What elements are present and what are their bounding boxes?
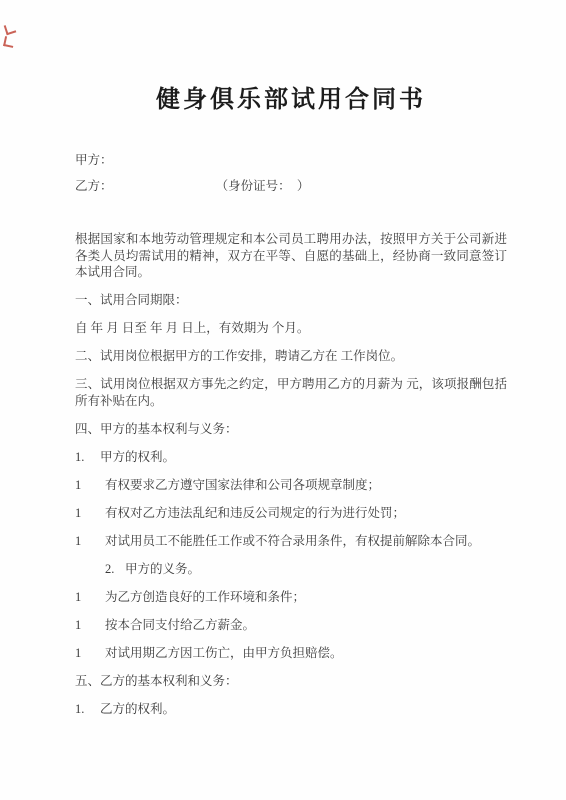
red-scribble-mark-icon (3, 36, 15, 48)
page-title: 健身俱乐部试用合同书 (75, 86, 507, 114)
clause-line: 1.乙方的权利。 (75, 701, 507, 718)
clause-line: 一、试用合同期限： (75, 292, 507, 309)
contract-content: 健身俱乐部试用合同书 甲方： 乙方： （身份证号： ） 根据国家和本地劳动管理规… (75, 86, 507, 729)
party-a-line: 甲方： (75, 152, 507, 169)
clause-number: 1. (75, 701, 100, 718)
contract-document-page: 健身俱乐部试用合同书 甲方： 乙方： （身份证号： ） 根据国家和本地劳动管理规… (0, 0, 566, 800)
clause-line: 1为乙方创造良好的工作环境和条件； (75, 589, 507, 606)
clause-line: 五、乙方的基本权利和义务： (75, 673, 507, 690)
clause-number: 1 (75, 589, 105, 606)
clause-text: 甲方的义务。 (125, 562, 200, 576)
clause-line: 四、甲方的基本权利与义务： (75, 421, 507, 438)
clause-text: 甲方的权利。 (100, 450, 175, 464)
intro-paragraph: 根据国家和本地劳动管理规定和本公司员工聘用办法，按照甲方关于公司新进各类人员均需… (75, 231, 507, 281)
clause-number: 1 (75, 645, 105, 662)
clause-line: 1对试用员工不能胜任工作或不符合录用条件，有权提前解除本合同。 (75, 533, 507, 550)
clause-text: 四、甲方的基本权利与义务： (75, 422, 238, 436)
clause-text: 一、试用合同期限： (75, 293, 188, 307)
clause-number: 1. (75, 449, 100, 466)
red-scribble-marks (4, 23, 16, 49)
red-scribble-mark-icon (4, 23, 17, 36)
clause-line: 2.甲方的义务。 (105, 561, 507, 578)
party-a-label: 甲方： (75, 153, 113, 167)
clause-number: 2. (105, 561, 125, 578)
party-b-line: 乙方： （身份证号： ） (75, 178, 507, 195)
clause-text: 有权要求乙方遵守国家法律和公司各项规章制度； (105, 478, 380, 492)
clause-text: 乙方的权利。 (100, 702, 175, 716)
clause-line: 1有权对乙方违法乱纪和违反公司规定的行为进行处罚； (75, 505, 507, 522)
clause-list: 一、试用合同期限：自 年 月 日至 年 月 日上，有效期为 个月。二、试用岗位根… (75, 292, 507, 718)
clause-text: 三、试用岗位根据双方事先之约定，甲方聘用乙方的月薪为 元，该项报酬包括所有补贴在… (75, 377, 507, 408)
party-b-label: 乙方： (75, 179, 113, 193)
clause-text: 有权对乙方违法乱纪和违反公司规定的行为进行处罚； (105, 506, 405, 520)
clause-text: 为乙方创造良好的工作环境和条件； (105, 590, 305, 604)
id-number-label: （身份证号： ） (216, 178, 310, 195)
clause-text: 二、试用岗位根据甲方的工作安排，聘请乙方在 工作岗位。 (75, 349, 403, 363)
clause-number: 1 (75, 477, 105, 494)
clause-text: 对试用期乙方因工伤亡，由甲方负担赔偿。 (105, 646, 343, 660)
clause-text: 五、乙方的基本权利和义务： (75, 674, 238, 688)
clause-number: 1 (75, 617, 105, 634)
clause-text: 按本合同支付给乙方薪金。 (105, 618, 255, 632)
clause-line: 二、试用岗位根据甲方的工作安排，聘请乙方在 工作岗位。 (75, 348, 507, 365)
clause-number: 1 (75, 533, 105, 550)
clause-text: 对试用员工不能胜任工作或不符合录用条件，有权提前解除本合同。 (105, 534, 480, 548)
clause-line: 1.甲方的权利。 (75, 449, 507, 466)
clause-line: 1对试用期乙方因工伤亡，由甲方负担赔偿。 (75, 645, 507, 662)
clause-line: 1有权要求乙方遵守国家法律和公司各项规章制度； (75, 477, 507, 494)
clause-number: 1 (75, 505, 105, 522)
clause-line: 自 年 月 日至 年 月 日上，有效期为 个月。 (75, 320, 507, 337)
clause-line: 三、试用岗位根据双方事先之约定，甲方聘用乙方的月薪为 元，该项报酬包括所有补贴在… (75, 376, 507, 410)
clause-text: 自 年 月 日至 年 月 日上，有效期为 个月。 (75, 321, 309, 335)
clause-line: 1按本合同支付给乙方薪金。 (75, 617, 507, 634)
